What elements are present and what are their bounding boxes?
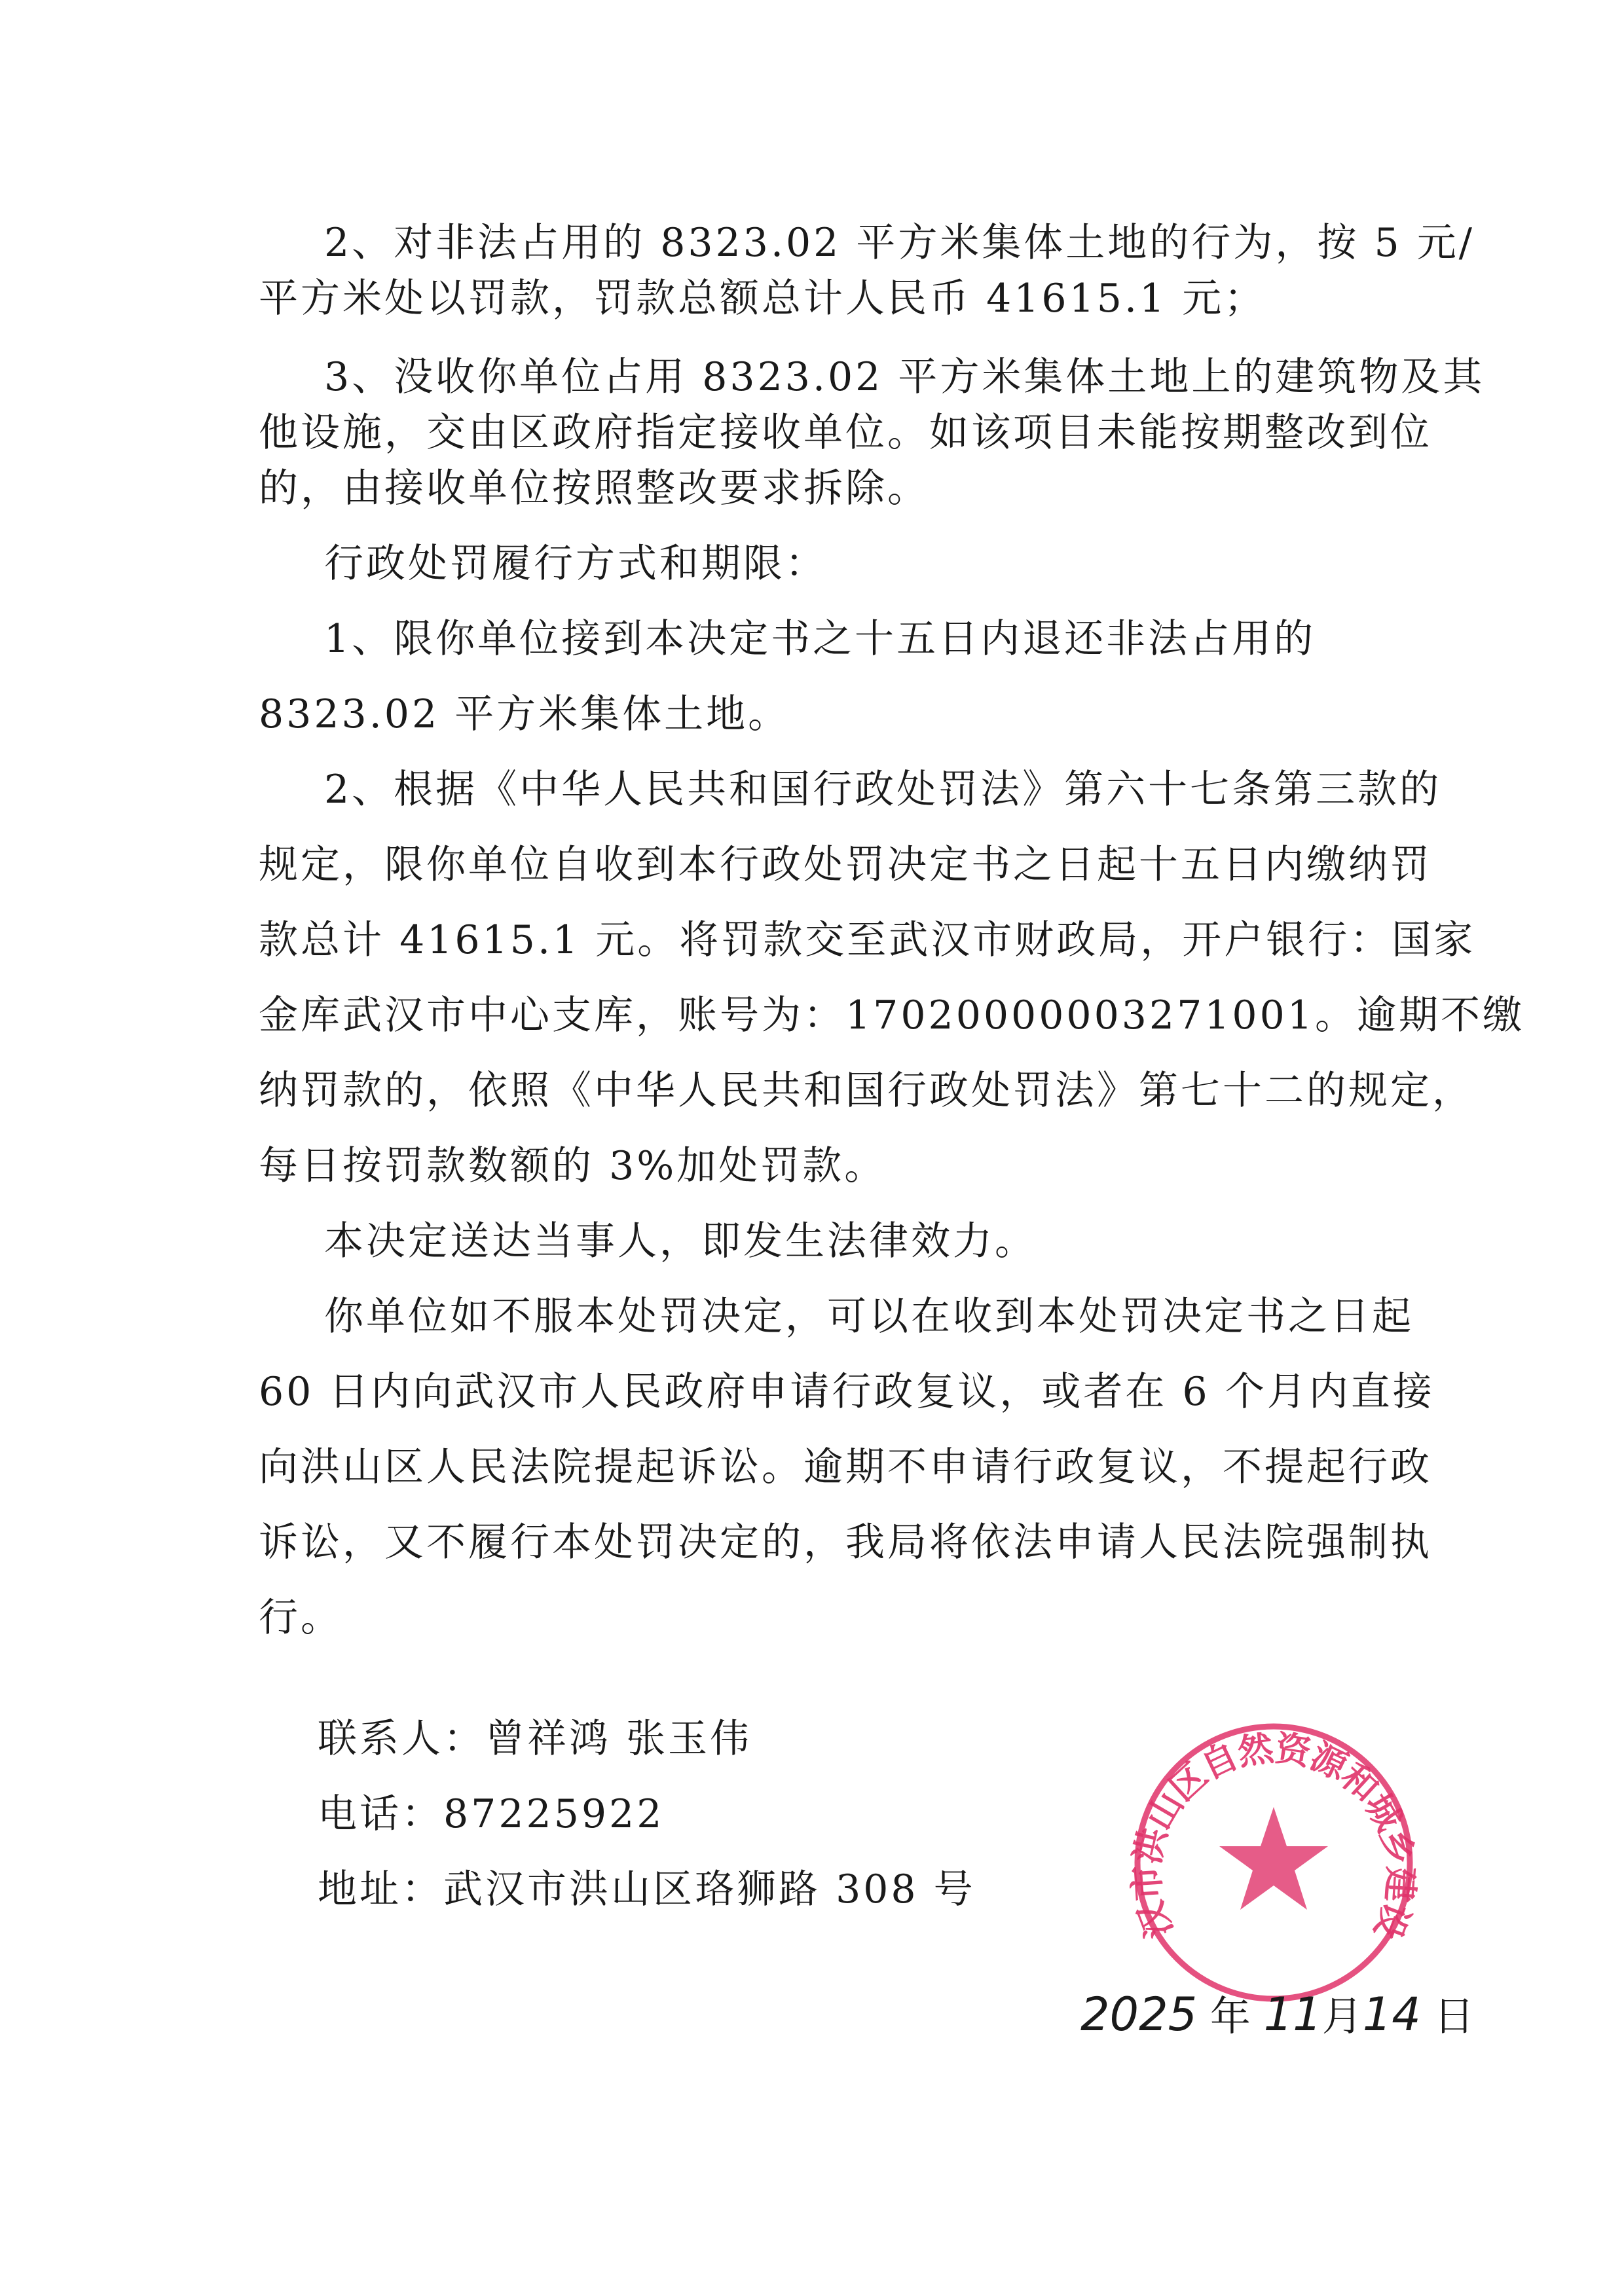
paragraph-performance-1-line-1: 1、限你单位接到本决定书之十五日内退还非法占用的 <box>324 619 1316 659</box>
paragraph-penalty-2-line-1: 2、对非法占用的 8323.02 平方米集体土地的行为，按 5 元/ <box>324 223 1475 263</box>
paragraph-penalty-3-line-2: 他设施，交由区政府指定接收单位。如该项目未能按期整改到位 <box>259 412 1432 453</box>
paragraph-performance-2-line-4: 金库武汉市中心支库，账号为：17020000003271001。逾期不缴 <box>259 995 1524 1036</box>
paragraph-performance-2-line-2: 规定，限你单位自收到本行政处罚决定书之日起十五日内缴纳罚 <box>259 845 1432 885</box>
date-day-unit: 日 <box>1434 1992 1475 2040</box>
document-page: 2、对非法占用的 8323.02 平方米集体土地的行为，按 5 元/ 平方米处以… <box>0 0 1624 2296</box>
date-year: 2025 <box>1080 1988 1197 2041</box>
date-year-unit: 年 <box>1210 1992 1251 2040</box>
contact-person-label: 联系人： <box>318 1716 485 1762</box>
paragraph-penalty-3-line-3: 的，由接收单位按照整改要求拆除。 <box>259 468 929 509</box>
paragraph-performance-2-line-5: 纳罚款的，依照《中华人民共和国行政处罚法》第七十二的规定， <box>259 1070 1474 1111</box>
paragraph-performance-2-line-3: 款总计 41615.1 元。将罚款交至武汉市财政局，开户银行：国家 <box>259 920 1475 960</box>
date-day: 14 <box>1363 1988 1421 2041</box>
paragraph-appeal-line-4: 诉讼，又不履行本处罚决定的，我局将依法申请人民法院强制执 <box>259 1522 1432 1563</box>
contact-address-label: 地址： <box>318 1867 443 1912</box>
contact-phone-value: 87225922 <box>443 1791 664 1837</box>
paragraph-appeal-line-1: 你单位如不服本处罚决定，可以在收到本处罚决定书之日起 <box>324 1296 1414 1337</box>
contact-person: 联系人：曾祥鸿 张玉伟 <box>318 1707 752 1764</box>
paragraph-effect: 本决定送达当事人，即发生法律效力。 <box>324 1221 1037 1262</box>
contact-address-value: 武汉市洪山区珞狮路 308 号 <box>443 1867 976 1912</box>
contact-phone-label: 电话： <box>318 1791 443 1837</box>
date-month-unit: 月 <box>1322 1992 1363 2040</box>
paragraph-appeal-line-2: 60 日内向武汉市人民政府申请行政复议，或者在 6 个月内直接 <box>259 1372 1435 1412</box>
paragraph-appeal-line-3: 向洪山区人民法院提起诉讼。逾期不申请行政复议，不提起行政 <box>259 1447 1432 1487</box>
paragraph-performance-1-line-2: 8323.02 平方米集体土地。 <box>259 694 790 735</box>
contact-person-value: 曾祥鸿 张玉伟 <box>485 1716 752 1762</box>
paragraph-penalty-3-line-1: 3、没收你单位占用 8323.02 平方米集体土地上的建筑物及其 <box>324 357 1485 397</box>
official-seal-icon: 武汉市洪山区自然资源和城乡建设局 <box>1130 1719 1418 2007</box>
contact-address: 地址：武汉市洪山区珞狮路 308 号 <box>318 1858 976 1914</box>
paragraph-performance-2-line-1: 2、根据《中华人民共和国行政处罚法》第六十七条第三款的 <box>324 769 1441 810</box>
issue-date: 2025 年 11月14 日 <box>1080 1984 1475 2042</box>
section-heading-performance: 行政处罚履行方式和期限： <box>324 543 827 584</box>
paragraph-penalty-2-line-2: 平方米处以罚款，罚款总额总计人民币 41615.1 元； <box>259 278 1266 319</box>
date-month: 11 <box>1264 1988 1322 2041</box>
paragraph-performance-2-line-6: 每日按罚款数额的 3%加处罚款。 <box>259 1146 886 1186</box>
paragraph-appeal-line-5: 行。 <box>259 1597 342 1638</box>
contact-phone: 电话：87225922 <box>318 1783 664 1839</box>
